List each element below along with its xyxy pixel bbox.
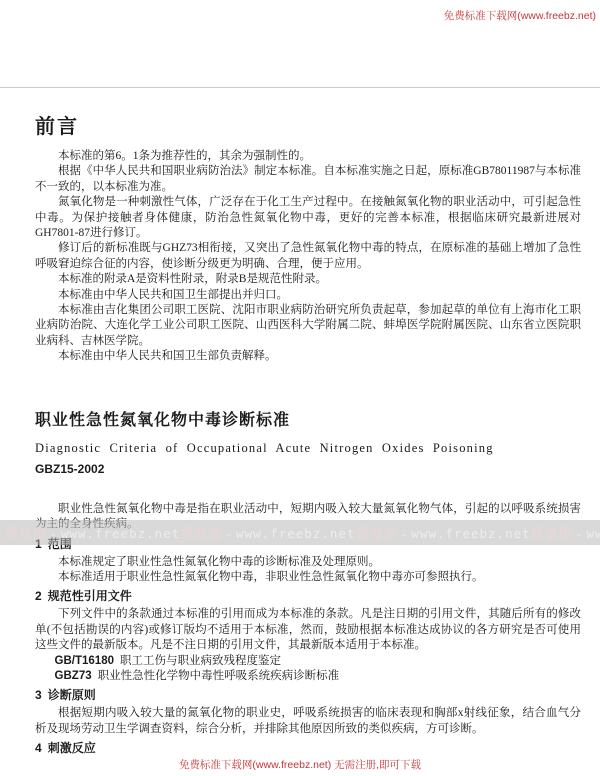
foreword-paragraph: 修订后的新标准既与GHZ73相衔接，又突出了急性氮氧化物中毒的特点，在原标准的基… xyxy=(35,241,581,272)
foreword-paragraph: 本标准的第6。1条为推荐性的，其余为强制性的。 xyxy=(35,149,581,164)
section-paragraph: 根据短期内吸入较大量的氮氧化物的职业史，呼吸系统损害的临床表现和胸部x射线征象，… xyxy=(35,706,581,737)
section-heading: 2规范性引用文件 xyxy=(35,589,581,604)
foreword-paragraph: 本标准由吉化集团公司职工医院、沈阳市职业病防治研究所负责起草，参加起草的单位有上… xyxy=(35,303,581,349)
doc-standard-code: GBZ15-2002 xyxy=(35,462,581,477)
foreword-paragraph: 氮氧化物是一种刺激性气体，广泛存在于化工生产过程中。在接触氮氧化物的职业活动中，… xyxy=(35,195,581,241)
foreword-title: 前言 xyxy=(35,114,581,140)
reference-line: GB/T16180职工工伤与职业病致残程度鉴定 xyxy=(35,654,581,669)
watermark-item: 预览图 - www.freebz.net xyxy=(531,523,600,542)
reference-code: GB/T16180 xyxy=(55,655,114,667)
watermark-url: www.freebz.net xyxy=(411,526,530,541)
foreword-paragraph: 根据《中华人民共和国职业病防治法》制定本标准。自本标准实施之日起，原标准GB78… xyxy=(35,164,581,195)
reference-title: 职业性急性化学物中毒性呼吸系统疾病诊断标准 xyxy=(98,670,340,682)
reference-code: GBZ73 xyxy=(55,670,92,682)
bottom-download-site-link[interactable]: 免费标准下载网(www.freebz.net) 无需注册,即可下载 xyxy=(0,757,600,772)
foreword-paragraph: 本标准由中华人民共和国卫生部提出并归口。 xyxy=(35,288,581,303)
watermark-item: 预览图 - www.freebz.net xyxy=(180,523,355,542)
watermark-separator: - xyxy=(222,526,236,541)
section-paragraph: 下列文件中的条款通过本标准的引用而成为本标准的条款。凡是注日期的引用文件，其随后… xyxy=(35,607,581,653)
watermark-label: 预览图 xyxy=(355,526,397,541)
preview-watermark-band: 预览图 - www.freebz.net预览图 - www.freebz.net… xyxy=(0,520,600,545)
reference-title: 职工工伤与职业病致残程度鉴定 xyxy=(120,655,281,667)
watermark-url: www.freebz.net xyxy=(236,526,355,541)
watermark-label: 预览图 xyxy=(5,526,47,541)
foreword-paragraph: 本标准由中华人民共和国卫生部负责解释。 xyxy=(35,349,581,364)
watermark-item: 预览图 - www.freebz.net xyxy=(5,523,180,542)
document-body: 前言 本标准的第6。1条为推荐性的，其余为强制性的。根据《中华人民共和国职业病防… xyxy=(0,0,600,759)
watermark-separator: - xyxy=(573,526,587,541)
foreword-paragraph: 本标准的附录A是资料性附录，附录B是规范性附录。 xyxy=(35,272,581,287)
section-number: 4 xyxy=(35,741,42,755)
watermark-url: www.freebz.net xyxy=(61,526,180,541)
doc-title-cn: 职业性急性氮氧化物中毒诊断标准 xyxy=(35,411,581,431)
section-number: 2 xyxy=(35,589,42,603)
section-number: 3 xyxy=(35,688,42,702)
watermark-label: 预览图 xyxy=(531,526,573,541)
section-title: 诊断原则 xyxy=(48,688,96,702)
watermark-separator: - xyxy=(47,526,61,541)
reference-line: GBZ73职业性急性化学物中毒性呼吸系统疾病诊断标准 xyxy=(35,669,581,684)
foreword-paragraphs: 本标准的第6。1条为推荐性的，其余为强制性的。根据《中华人民共和国职业病防治法》… xyxy=(35,149,581,365)
section-paragraph: 本标准规定了职业性急性氮氧化物中毒的诊断标准及处理原则。 xyxy=(35,555,581,570)
section-paragraph: 本标准适用于职业性急性氮氧化物中毒，非职业性急性氮氧化物中毒亦可参照执行。 xyxy=(35,570,581,585)
doc-title-en: Diagnostic Criteria of Occupational Acut… xyxy=(35,440,581,456)
section-heading: 4刺激反应 xyxy=(35,741,581,756)
section-heading: 3诊断原则 xyxy=(35,688,581,703)
section-title: 规范性引用文件 xyxy=(48,589,132,603)
section-title: 刺激反应 xyxy=(48,741,96,755)
watermark-separator: - xyxy=(397,526,411,541)
watermark-url: www.freebz.net xyxy=(587,526,600,541)
watermark-label: 预览图 xyxy=(180,526,222,541)
watermark-item: 预览图 - www.freebz.net xyxy=(355,523,530,542)
doc-sections: 1范围本标准规定了职业性急性氮氧化物中毒的诊断标准及处理原则。本标准适用于职业性… xyxy=(35,537,581,757)
